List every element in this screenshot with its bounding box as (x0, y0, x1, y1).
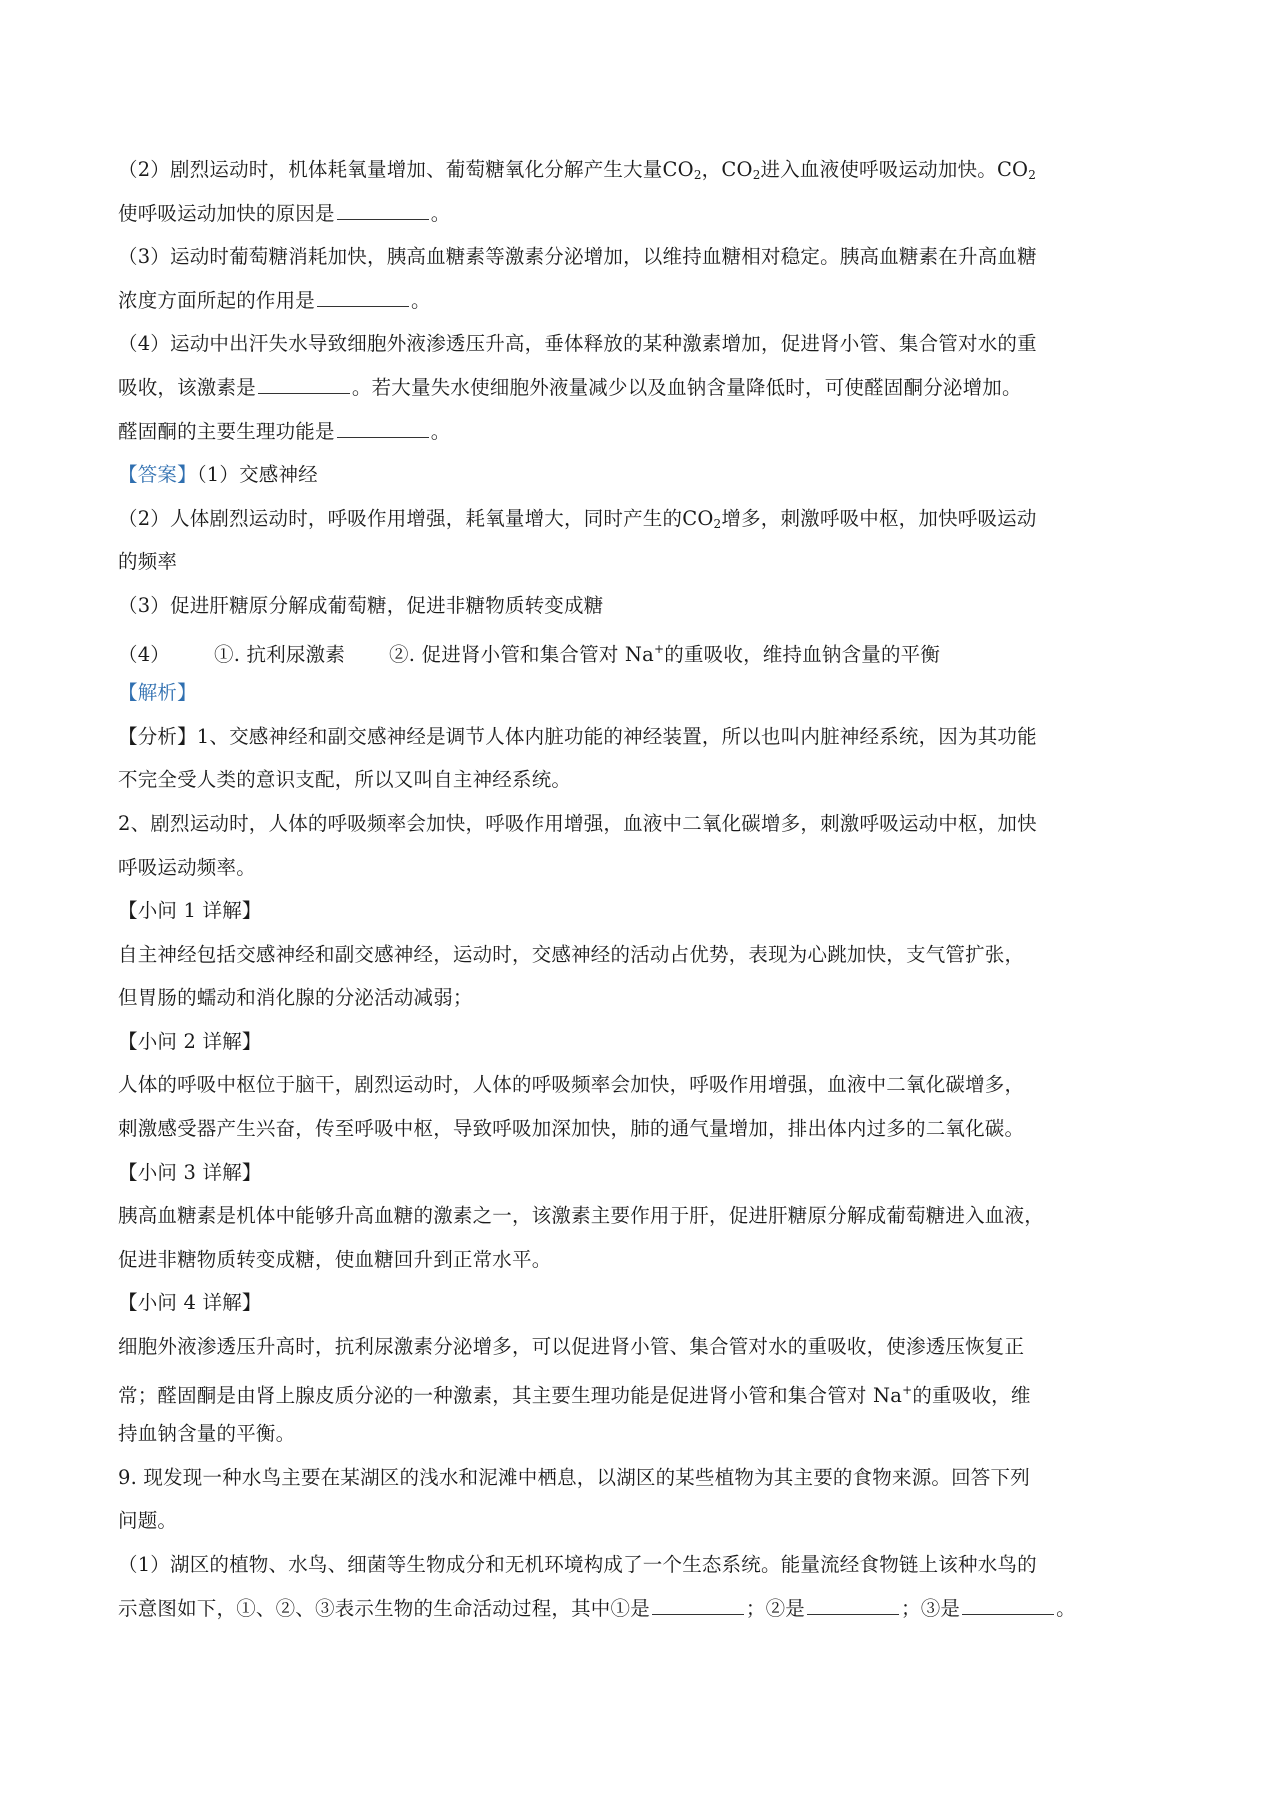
text: 吸收，该激素是 (118, 376, 256, 399)
text: 刺激感受器产生兴奋，传至呼吸中枢，导致呼吸加深加快，肺的通气量增加，排出体内过多… (118, 1117, 1024, 1140)
answer-3: （3）促进肝糖原分解成葡萄糖，促进非糖物质转变成糖 (118, 584, 1166, 628)
text: （4） (118, 643, 170, 666)
question-8-part-4-cont: 吸收，该激素是。若大量失水使细胞外液量减少以及血钠含量降低时，可使醛固酮分泌增加… (118, 366, 1166, 410)
text: 的重吸收，维 (912, 1384, 1030, 1407)
analysis-line: 【分析】1、交感神经和副交感神经是调节人体内脏功能的神经装置，所以也叫内脏神经系… (118, 715, 1166, 759)
text: （4）运动中出汗失水导致细胞外液渗透压升高，垂体释放的某种激素增加，促进肾小管、… (118, 332, 1037, 355)
subquestion-2-title: 【小问 2 详解】 (118, 1020, 1166, 1064)
text: 的重吸收，维持血钠含量的平衡 (664, 643, 940, 666)
analysis-line: 呼吸运动频率。 (118, 846, 1166, 890)
text: 【分析】1、交感神经和副交感神经是调节人体内脏功能的神经装置，所以也叫内脏神经系… (118, 725, 1037, 748)
answer-blank[interactable] (337, 218, 429, 220)
text: 示意图如下，①、②、③表示生物的生命活动过程，其中①是 (118, 1597, 650, 1620)
text: （3）促进肝糖原分解成葡萄糖，促进非糖物质转变成糖 (118, 594, 603, 617)
analysis-line: 促进非糖物质转变成糖，使血糖回升到正常水平。 (118, 1238, 1166, 1282)
subscript: 2 (753, 168, 761, 182)
text: 醛固酮的主要生理功能是 (118, 420, 335, 443)
text: 。 (1056, 1597, 1076, 1620)
chem-co2: CO (721, 158, 752, 181)
answer-blank[interactable] (317, 305, 409, 307)
question-8-part-3-cont: 浓度方面所起的作用是。 (118, 279, 1166, 323)
chem-co2: CO (997, 158, 1028, 181)
analysis-label: 【解析】 (118, 681, 197, 704)
subquestion-1-title: 【小问 1 详解】 (118, 889, 1166, 933)
text: 常；醛固酮是由肾上腺皮质分泌的一种激素，其主要生理功能是促进肾小管和集合管对 N… (118, 1384, 902, 1407)
subquestion-3-title: 【小问 3 详解】 (118, 1151, 1166, 1195)
subscript: 2 (694, 168, 702, 182)
analysis-heading: 【解析】 (118, 671, 1166, 715)
text: 增多，刺激呼吸中枢，加快呼吸运动 (721, 507, 1036, 530)
question-9-cont: 问题。 (118, 1499, 1166, 1543)
text: 。 (431, 202, 451, 225)
question-9-part-1-cont: 示意图如下，①、②、③表示生物的生命活动过程，其中①是；②是；③是。 (118, 1587, 1166, 1631)
document-page: （2）剧烈运动时，机体耗氧量增加、葡萄糖氧化分解产生大量CO2，CO2进入血液使… (118, 148, 1166, 1630)
text: （1）湖区的植物、水鸟、细菌等生物成分和无机环境构成了一个生态系统。能量流经食物… (118, 1553, 1037, 1576)
text: 呼吸运动频率。 (118, 856, 256, 879)
text: 。 (431, 420, 451, 443)
text: （2）剧烈运动时，机体耗氧量增加、葡萄糖氧化分解产生大量 (118, 158, 663, 181)
superscript: + (654, 642, 664, 656)
text: 促进非糖物质转变成糖，使血糖回升到正常水平。 (118, 1248, 551, 1271)
answer-blank[interactable] (258, 392, 350, 394)
text: 2、剧烈运动时，人体的呼吸频率会加快，呼吸作用增强，血液中二氧化碳增多，刺激呼吸… (118, 812, 1037, 835)
text: 进入血液使呼吸运动加快。 (761, 158, 997, 181)
text: 。若大量失水使细胞外液量减少以及血钠含量降低时，可使醛固酮分泌增加。 (352, 376, 1022, 399)
text: 。 (411, 289, 431, 312)
text: 9. 现发现一种水鸟主要在某湖区的浅水和泥滩中栖息，以湖区的某些植物为其主要的食… (118, 1466, 1030, 1489)
text: ①. 抗利尿激素 (214, 643, 345, 666)
question-8-part-4: （4）运动中出汗失水导致细胞外液渗透压升高，垂体释放的某种激素增加，促进肾小管、… (118, 322, 1166, 366)
question-8-part-3: （3）运动时葡萄糖消耗加快，胰高血糖素等激素分泌增加，以维持血糖相对稳定。胰高血… (118, 235, 1166, 279)
text: 人体的呼吸中枢位于脑干，剧烈运动时，人体的呼吸频率会加快，呼吸作用增强，血液中二… (118, 1073, 1024, 1096)
text: 胰高血糖素是机体中能够升高血糖的激素之一，该激素主要作用于肝，促进肝糖原分解成葡… (118, 1204, 1044, 1227)
text: ②. 促进肾小管和集合管对 Na (389, 643, 654, 666)
text: ；②是 (746, 1597, 805, 1620)
text: （2）人体剧烈运动时，呼吸作用增强，耗氧量增大，同时产生的 (118, 507, 682, 530)
text: （3）运动时葡萄糖消耗加快，胰高血糖素等激素分泌增加，以维持血糖相对稳定。胰高血… (118, 245, 1037, 268)
text: 使呼吸运动加快的原因是 (118, 202, 335, 225)
text: ；③是 (901, 1597, 960, 1620)
text: 问题。 (118, 1509, 177, 1532)
answer-blank[interactable] (337, 436, 429, 438)
question-9: 9. 现发现一种水鸟主要在某湖区的浅水和泥滩中栖息，以湖区的某些植物为其主要的食… (118, 1456, 1166, 1500)
answer-blank[interactable] (807, 1613, 899, 1615)
analysis-line: 细胞外液渗透压升高时，抗利尿激素分泌增多，可以促进肾小管、集合管对水的重吸收，使… (118, 1325, 1166, 1369)
question-8-part-4-cont2: 醛固酮的主要生理功能是。 (118, 410, 1166, 454)
text: （1）交感神经 (197, 463, 318, 486)
analysis-line: 常；醛固酮是由肾上腺皮质分泌的一种激素，其主要生理功能是促进肾小管和集合管对 N… (118, 1369, 1166, 1413)
text: 【小问 3 详解】 (118, 1161, 262, 1184)
question-8-part-2-cont: 使呼吸运动加快的原因是。 (118, 192, 1166, 236)
text: 但胃肠的蠕动和消化腺的分泌活动减弱； (118, 986, 473, 1009)
text: 自主神经包括交感神经和副交感神经，运动时，交感神经的活动占优势，表现为心跳加快，… (118, 943, 1024, 966)
text: 不完全受人类的意识支配，所以又叫自主神经系统。 (118, 768, 571, 791)
answer-blank[interactable] (962, 1613, 1054, 1615)
analysis-line: 胰高血糖素是机体中能够升高血糖的激素之一，该激素主要作用于肝，促进肝糖原分解成葡… (118, 1194, 1166, 1238)
text: ， (702, 158, 722, 181)
text: 细胞外液渗透压升高时，抗利尿激素分泌增多，可以促进肾小管、集合管对水的重吸收，使… (118, 1335, 1024, 1358)
answer-label: 【答案】 (118, 463, 197, 486)
text: 【小问 2 详解】 (118, 1030, 262, 1053)
analysis-line: 但胃肠的蠕动和消化腺的分泌活动减弱； (118, 976, 1166, 1020)
superscript: + (902, 1383, 912, 1397)
analysis-line: 人体的呼吸中枢位于脑干，剧烈运动时，人体的呼吸频率会加快，呼吸作用增强，血液中二… (118, 1063, 1166, 1107)
answer-2-cont: 的频率 (118, 540, 1166, 584)
answer-1: 【答案】（1）交感神经 (118, 453, 1166, 497)
answer-2: （2）人体剧烈运动时，呼吸作用增强，耗氧量增大，同时产生的CO2增多，刺激呼吸中… (118, 497, 1166, 541)
analysis-line: 刺激感受器产生兴奋，传至呼吸中枢，导致呼吸加深加快，肺的通气量增加，排出体内过多… (118, 1107, 1166, 1151)
analysis-line: 持血钠含量的平衡。 (118, 1412, 1166, 1456)
analysis-line: 自主神经包括交感神经和副交感神经，运动时，交感神经的活动占优势，表现为心跳加快，… (118, 933, 1166, 977)
text: 的频率 (118, 550, 177, 573)
chem-co2: CO (663, 158, 694, 181)
text: 【小问 4 详解】 (118, 1291, 262, 1314)
subquestion-4-title: 【小问 4 详解】 (118, 1281, 1166, 1325)
analysis-line: 不完全受人类的意识支配，所以又叫自主神经系统。 (118, 758, 1166, 802)
text: 浓度方面所起的作用是 (118, 289, 315, 312)
text: 【小问 1 详解】 (118, 899, 262, 922)
answer-4: （4）①. 抗利尿激素②. 促进肾小管和集合管对 Na+的重吸收，维持血钠含量的… (118, 628, 1166, 672)
text: 持血钠含量的平衡。 (118, 1422, 295, 1445)
question-8-part-2: （2）剧烈运动时，机体耗氧量增加、葡萄糖氧化分解产生大量CO2，CO2进入血液使… (118, 148, 1166, 192)
chem-co2: CO (682, 507, 713, 530)
subscript: 2 (1028, 168, 1036, 182)
question-9-part-1: （1）湖区的植物、水鸟、细菌等生物成分和无机环境构成了一个生态系统。能量流经食物… (118, 1543, 1166, 1587)
answer-blank[interactable] (652, 1613, 744, 1615)
analysis-line: 2、剧烈运动时，人体的呼吸频率会加快，呼吸作用增强，血液中二氧化碳增多，刺激呼吸… (118, 802, 1166, 846)
